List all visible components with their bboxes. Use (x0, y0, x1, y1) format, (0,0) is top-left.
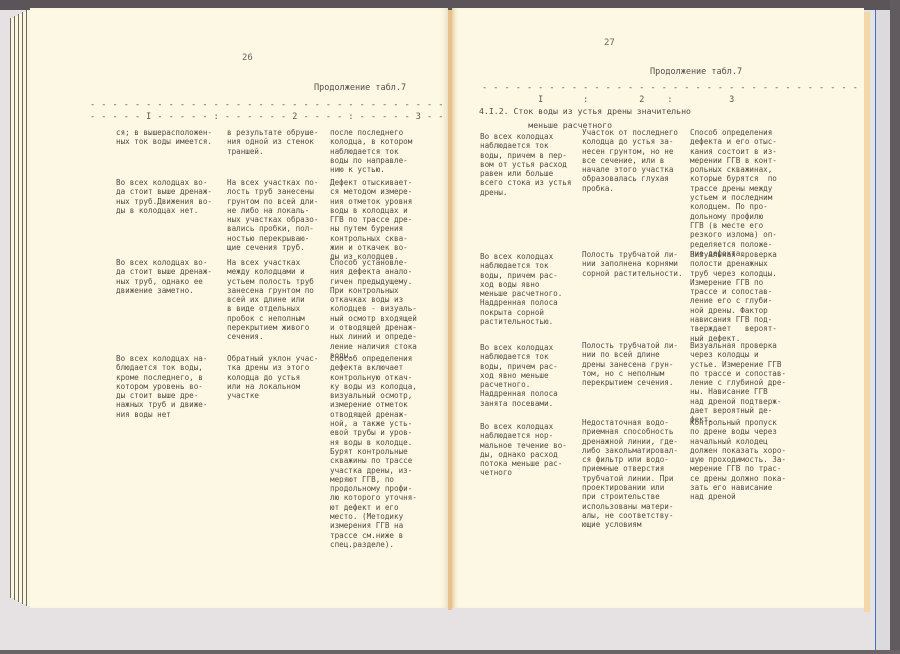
table-cell-r2-c3: Визуальная проверка полости дренажных тр… (690, 250, 777, 343)
right-page: 27 Продолжение табл.7 - - - - - - - - - … (452, 8, 864, 608)
table-cell-r1-c3: после последнего колодца, в котором набл… (330, 128, 412, 174)
table-cell-r3-c2: Полость трубчатой ли- нии по всей длине … (582, 341, 678, 387)
table-cell-r4-c1: Во всех колодцах наблюдается нор- мально… (480, 422, 567, 478)
table-continuation-label: Продолжение табл.7 (650, 67, 742, 77)
page-number: 26 (242, 53, 253, 63)
table-cell-r4-c1: Во всех колодцах на- блюдается ток воды,… (116, 354, 207, 419)
table-cell-r1-c2: в результате обруше- ния одной из стенок… (227, 128, 318, 156)
table-header-rule: - - - - - - - - - - - - - - - - - - - - … (90, 100, 448, 110)
table-cell-r3-c3: Визуальная проверка через колодцы и усть… (690, 341, 786, 425)
table-cell-r2-c2: Полость трубчатой ли- нии заполнена корн… (582, 250, 683, 278)
table-cell-r4-c2: Обратный уклон учас- тка дрены из этого … (227, 354, 318, 400)
scanner-right-margin (875, 10, 890, 654)
table-cell-r1-c1: ся; в вышерасположен- ных ток воды имеет… (116, 128, 212, 147)
scanner-bottom-border (0, 650, 900, 654)
scanner-right-border (890, 0, 900, 654)
table-column-header: - - - - - I - - - - - : - - - - - - 2 - … (90, 112, 448, 122)
table-cell-r2-c2: На всех участках по- лость труб занесены… (227, 178, 318, 252)
table-cell-r3-c1: Во всех колодцах наблюдается ток воды, п… (480, 343, 558, 408)
table-cell-r3-c1: Во всех колодцах во- да стоит выше дрена… (116, 258, 212, 295)
table-header-rule: - - - - - - - - - - - - - - - - - - - - … (482, 83, 858, 93)
table-cell-r2-c1: Во всех колодцах наблюдается ток воды, п… (480, 252, 562, 326)
table-cell-r2-c1: Во всех колодцах во- да стоит выше дрена… (116, 178, 212, 215)
table-cell-r1-c2: Участок от последнего колодца до устья з… (582, 128, 678, 193)
table-cell-r4-c3: Контрольный пропуск по дрене воды через … (690, 418, 786, 502)
table-cell-r3-c2: На всех участках между колодцами и устье… (227, 258, 314, 342)
page-number: 27 (604, 38, 615, 48)
right-page-edge (864, 12, 870, 612)
table-cell-r3-c3: Способ установле- ния дефекта анало- гич… (330, 258, 417, 360)
table-continuation-label: Продолжение табл.7 (314, 83, 406, 93)
table-cell-r1-c3: Способ определения дефекта и его отыс- к… (690, 128, 777, 258)
table-cell-r4-c3: Способ определения дефекта включает конт… (330, 354, 417, 549)
table-cell-r1-c1: Во всех колодцах наблюдается ток воды, п… (480, 132, 571, 197)
table-cell-r2-c3: Дефект отыскивает- ся методом измере- ни… (330, 178, 412, 262)
table-cell-r4-c2: Недостаточная водо- приемная способность… (582, 418, 678, 530)
left-page: 26 Продолжение табл.7 - - - - - - - - - … (30, 8, 448, 608)
